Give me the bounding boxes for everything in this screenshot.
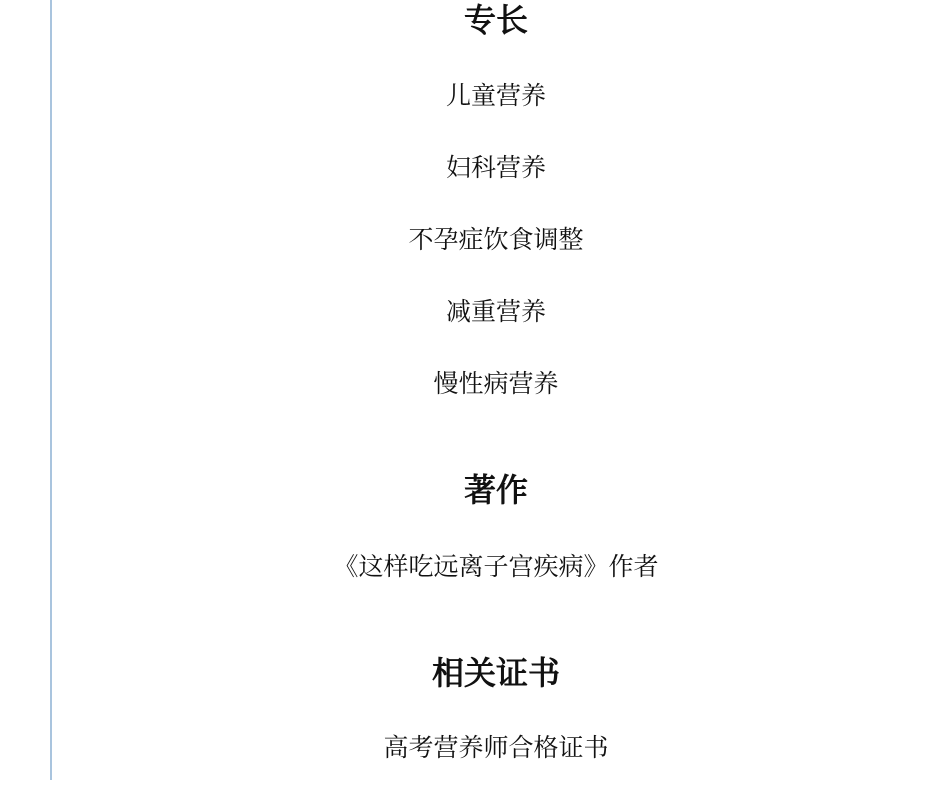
specialty-item: 不孕症饮食调整 — [52, 224, 940, 256]
section-title-certificates: 相关证书 — [52, 653, 940, 693]
specialty-item: 减重营养 — [52, 296, 940, 328]
section-title-specialties: 专长 — [52, 0, 940, 40]
specialty-item: 儿童营养 — [52, 80, 940, 112]
specialty-item: 慢性病营养 — [52, 368, 940, 400]
specialty-item: 妇科营养 — [52, 152, 940, 184]
work-item: 《这样吃远离子宫疾病》作者 — [52, 551, 940, 583]
section-title-works: 著作 — [52, 470, 940, 510]
certificate-item: 高考营养师合格证书 — [52, 732, 940, 764]
